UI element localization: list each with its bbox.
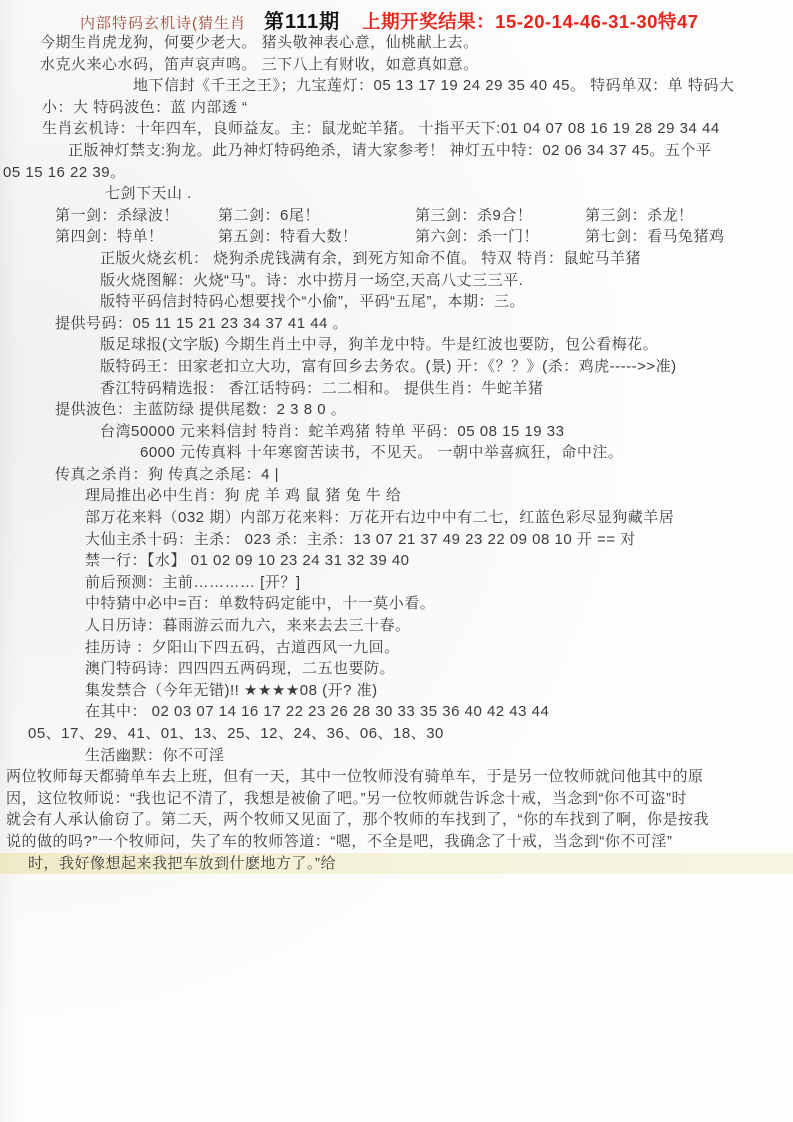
text-line: 今期生肖虎龙狗，何要少老大。 猪头敬神表心意，仙桃献上去。 — [0, 32, 793, 54]
text-segment: 时，我好像想起来我把车放到什麽地方了。”给 — [28, 853, 336, 875]
text-segment: 正版神灯禁支:狗龙。此乃神灯特码绝杀，请大家参考！ 神灯五中特：02 06 34… — [68, 140, 711, 162]
text-line: 说的做的吗?”一个牧师问，失了车的牧师答道：“嗯，不全是吧，我确念了十戒，当念到… — [0, 831, 793, 853]
text-segment: 两位牧师每天都骑单车去上班，但有一天，其中一位牧师没有骑单车，于是另一位牧师就问… — [6, 766, 704, 788]
text-line: 香江特码精选报： 香江话特码：二二相和。 提供生肖：牛蛇羊猪 — [0, 378, 793, 400]
text-line: 就会有人承认偷窃了。第二天，两个牧师又见面了，那个牧师的车找到了，“你的车找到了… — [0, 809, 793, 831]
text-segment: 挂历诗 ：夕阳山下四五码，古道西风一九回。 — [85, 637, 400, 659]
text-segment: 第五剑：特看大数！ — [218, 226, 358, 248]
issue-number: 第111期 — [264, 5, 340, 34]
text-segment: 05 15 16 22 39。 — [3, 162, 126, 184]
text-segment: 第三剑：杀龙！ — [585, 205, 694, 227]
text-segment: 传真之杀肖：狗 传真之杀尾：4 | — [55, 464, 279, 486]
text-segment: 人日历诗：暮雨游云而九六，来来去去三十春。 — [85, 615, 411, 637]
text-segment: 05、17、29、41、01、13、25、12、24、36、06、18、30 — [28, 723, 444, 745]
text-segment: 水克火来心水码，笛声哀声鸣。 三下八上有财收，如意真如意。 — [40, 54, 479, 76]
text-segment: 今期生肖虎龙狗，何要少老大。 猪头敬神表心意，仙桃献上去。 — [40, 32, 479, 54]
text-segment: 禁一行：【水】 01 02 09 10 23 24 31 32 39 40 — [85, 550, 410, 572]
text-segment: 因，这位牧师说：“我也记不清了，我想是被偷了吧。”另一位牧师就告诉念十戒，当念到… — [6, 788, 687, 810]
text-line: 05 15 16 22 39。 — [0, 162, 793, 184]
text-segment: 第二剑：6尾！ — [218, 205, 320, 227]
sheet-title: 内部特码玄机诗(猜生肖 — [80, 12, 246, 33]
text-line: 版足球报(文字版) 今期生肖土中寻，狗羊龙中特。牛是红波也要防，包公看梅花。 — [0, 334, 793, 356]
text-segment: 第七剑：看马兔猪鸡 — [585, 226, 725, 248]
text-line: 在其中： 02 03 07 14 16 17 22 23 26 28 30 33… — [0, 701, 793, 723]
text-segment: 生肖玄机诗：十年四车，良师益友。主：鼠龙蛇羊猪。 十指平天下:01 04 07 … — [42, 118, 720, 140]
text-line: 生肖玄机诗：十年四车，良师益友。主：鼠龙蛇羊猪。 十指平天下:01 04 07 … — [0, 118, 793, 140]
text-segment: 提供波色：主蓝防绿 提供尾数：2 3 8 0 。 — [55, 399, 346, 421]
text-line: 理局推出必中生肖：狗 虎 羊 鸡 鼠 猪 兔 牛 给 — [0, 485, 793, 507]
scanned-lottery-sheet: 内部特码玄机诗(猜生肖 第111期 上期开奖结果：15-20-14-46-31-… — [0, 0, 793, 1122]
text-segment: 香江特码精选报： 香江话特码：二二相和。 提供生肖：牛蛇羊猪 — [100, 378, 543, 400]
document-content: 内部特码玄机诗(猜生肖 第111期 上期开奖结果：15-20-14-46-31-… — [0, 0, 793, 874]
text-segment: 提供号码：05 11 15 21 23 34 37 41 44 。 — [55, 313, 348, 335]
text-line: 挂历诗 ：夕阳山下四五码，古道西风一九回。 — [0, 637, 793, 659]
text-segment: 在其中： 02 03 07 14 16 17 22 23 26 28 30 33… — [85, 701, 549, 723]
text-line: 小：大 特码波色：蓝 内部透 “ — [0, 97, 793, 119]
text-line: 中特猜中必中=百：单数特码定能中，十一莫小看。 — [0, 593, 793, 615]
text-segment: 前后预测：主前………… [开？] — [85, 572, 301, 594]
text-segment: 版特平码信封特码心想要找个“小偷”，平码“五尾”，本期：三。 — [100, 291, 525, 313]
text-segment: 生活幽默：你不可淫 — [85, 745, 225, 767]
text-line: 6000 元传真料 十年寒窗苦读书，不见天。 一朝中举喜疯狂，命中注。 — [0, 442, 793, 464]
text-segment: 版足球报(文字版) 今期生肖土中寻，狗羊龙中特。牛是红波也要防，包公看梅花。 — [100, 334, 658, 356]
text-line: 地下信封《千王之王》；九宝莲灯：05 13 17 19 24 29 35 40 … — [0, 75, 793, 97]
text-line: 第一剑：杀绿波！第二剑：6尾！第三剑：杀9合！第三剑：杀龙！ — [0, 205, 793, 227]
text-line: 版特平码信封特码心想要找个“小偷”，平码“五尾”，本期：三。 — [0, 291, 793, 313]
text-segment: 第三剑：杀9合！ — [415, 205, 532, 227]
text-segment: 版特码王：田家老扣立大功，富有回乡去务农。(景) 开：《？？》(杀：鸡虎----… — [100, 356, 677, 378]
sheet-header: 内部特码玄机诗(猜生肖 第111期 上期开奖结果：15-20-14-46-31-… — [0, 5, 793, 32]
text-segment: 说的做的吗?”一个牧师问，失了车的牧师答道：“嗯，不全是吧，我确念了十戒，当念到… — [6, 831, 672, 853]
text-segment: 中特猜中必中=百：单数特码定能中，十一莫小看。 — [85, 593, 435, 615]
text-segment: 台湾50000 元来料信封 特肖：蛇羊鸡猪 特单 平码：05 08 15 19 … — [100, 421, 564, 443]
text-line: 传真之杀肖：狗 传真之杀尾：4 | — [0, 464, 793, 486]
text-line: 时，我好像想起来我把车放到什麽地方了。”给 — [0, 853, 793, 875]
text-line: 禁一行：【水】 01 02 09 10 23 24 31 32 39 40 — [0, 550, 793, 572]
text-segment: 版火烧图解：火烧“马”。诗：水中捞月一场空,天高八丈三三平. — [100, 270, 523, 292]
text-line: 集发禁合（今年无错)!! ★★★★08 (开? 准) — [0, 680, 793, 702]
text-line: 05、17、29、41、01、13、25、12、24、36、06、18、30 — [0, 723, 793, 745]
text-line: 水克火来心水码，笛声哀声鸣。 三下八上有财收，如意真如意。 — [0, 54, 793, 76]
text-segment: 部万花来料（032 期）内部万花来料：万花开右边中中有二七，红蓝色彩尽显狗藏羊居 — [85, 507, 674, 529]
text-line: 生活幽默：你不可淫 — [0, 745, 793, 767]
text-segment: 地下信封《千王之王》；九宝莲灯：05 13 17 19 24 29 35 40 … — [133, 75, 734, 97]
text-segment: 澳门特码诗：四四四五两码现，二五也要防。 — [85, 658, 395, 680]
text-segment: 大仙主杀十码：主杀： 023 杀：主杀：13 07 21 37 49 23 22… — [85, 529, 636, 551]
text-line: 正版火烧玄机： 烧狗杀虎钱满有余，到死方知命不值。 特双 特肖：鼠蛇马羊猪 — [0, 248, 793, 270]
text-line: 因，这位牧师说：“我也记不清了，我想是被偷了吧。”另一位牧师就告诉念十戒，当念到… — [0, 788, 793, 810]
text-line: 七剑下天山 . — [0, 183, 793, 205]
text-line: 澳门特码诗：四四四五两码现，二五也要防。 — [0, 658, 793, 680]
text-line: 人日历诗：暮雨游云而九六，来来去去三十春。 — [0, 615, 793, 637]
text-line: 前后预测：主前………… [开？] — [0, 572, 793, 594]
last-draw-result: 上期开奖结果：15-20-14-46-31-30特47 — [362, 8, 698, 34]
text-segment: 第四剑：特单！ — [55, 226, 164, 248]
text-segment: 6000 元传真料 十年寒窗苦读书，不见天。 一朝中举喜疯狂，命中注。 — [140, 442, 623, 464]
text-line: 正版神灯禁支:狗龙。此乃神灯特码绝杀，请大家参考！ 神灯五中特：02 06 34… — [0, 140, 793, 162]
text-line: 提供号码：05 11 15 21 23 34 37 41 44 。 — [0, 313, 793, 335]
text-segment: 就会有人承认偷窃了。第二天，两个牧师又见面了，那个牧师的车找到了，“你的车找到了… — [6, 809, 709, 831]
text-segment: 第六剑：杀一门！ — [415, 226, 539, 248]
text-segment: 集发禁合（今年无错)!! ★★★★08 (开? 准) — [85, 680, 378, 702]
text-line: 两位牧师每天都骑单车去上班，但有一天，其中一位牧师没有骑单车，于是另一位牧师就问… — [0, 766, 793, 788]
text-line: 版特码王：田家老扣立大功，富有回乡去务农。(景) 开：《？？》(杀：鸡虎----… — [0, 356, 793, 378]
text-line: 部万花来料（032 期）内部万花来料：万花开右边中中有二七，红蓝色彩尽显狗藏羊居 — [0, 507, 793, 529]
document-lines: 今期生肖虎龙狗，何要少老大。 猪头敬神表心意，仙桃献上去。水克火来心水码，笛声哀… — [0, 32, 793, 874]
text-line: 大仙主杀十码：主杀： 023 杀：主杀：13 07 21 37 49 23 22… — [0, 529, 793, 551]
text-line: 台湾50000 元来料信封 特肖：蛇羊鸡猪 特单 平码：05 08 15 19 … — [0, 421, 793, 443]
text-line: 版火烧图解：火烧“马”。诗：水中捞月一场空,天高八丈三三平. — [0, 270, 793, 292]
text-line: 提供波色：主蓝防绿 提供尾数：2 3 8 0 。 — [0, 399, 793, 421]
text-line: 第四剑：特单！第五剑：特看大数！第六剑：杀一门！第七剑：看马兔猪鸡 — [0, 226, 793, 248]
text-segment: 小：大 特码波色：蓝 内部透 “ — [42, 97, 248, 119]
text-segment: 正版火烧玄机： 烧狗杀虎钱满有余，到死方知命不值。 特双 特肖：鼠蛇马羊猪 — [100, 248, 641, 270]
text-segment: 理局推出必中生肖：狗 虎 羊 鸡 鼠 猪 兔 牛 给 — [85, 485, 401, 507]
text-segment: 第一剑：杀绿波！ — [55, 205, 179, 227]
text-segment: 七剑下天山 . — [105, 183, 192, 205]
